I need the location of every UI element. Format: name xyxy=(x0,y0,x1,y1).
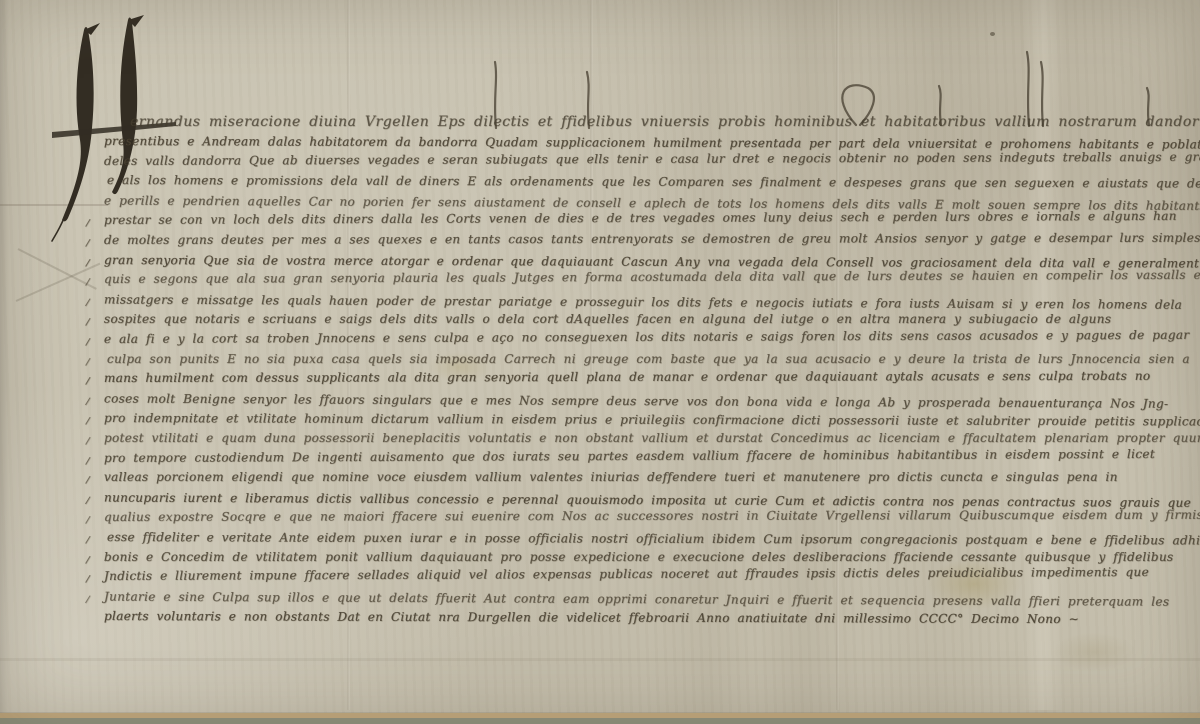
text-line-content: quis e segons que ala sua gran senyoria … xyxy=(104,268,1200,286)
text-line: Jndictis e lliurement impune ffacere sel… xyxy=(104,565,1200,589)
text-line-content: culpa son punits E no sia puxa casa quel… xyxy=(107,352,1190,366)
text-line-content: Jndictis e lliurement impune ffacere sel… xyxy=(104,565,1149,583)
text-line-content: prestar se con vn loch dels dits diners … xyxy=(104,209,1177,227)
text-line: qualius expostre Socqre e que ne maiori … xyxy=(104,508,1200,530)
text-line: quis e segons que ala sua gran senyoria … xyxy=(104,268,1200,292)
text-line-content: de moltes grans deutes per mes a ses que… xyxy=(104,230,1200,246)
text-line-content: nuncuparis iurent e liberamus dictis val… xyxy=(104,491,1191,510)
parchment-bottom-edge xyxy=(0,712,1200,724)
text-line: plaerts voluntaris e non obstants Dat en… xyxy=(104,609,1200,632)
text-line-content: missatgers e missatge les quals hauen po… xyxy=(104,293,1182,312)
text-line-content: Juntarie e sine Culpa sup illos e que ut… xyxy=(104,590,1169,609)
text-line-content: bonis e Concedim de vtilitatem ponit val… xyxy=(104,550,1174,564)
text-line-content: mans humilment com dessus supplicants al… xyxy=(104,369,1151,385)
text-line: e ala fi e y la cort sa troben Jnnocens … xyxy=(104,328,1200,352)
text-line: e als los homens e promissions dela vall… xyxy=(104,173,1200,196)
manuscript-photo: Ff ernandus miseracione diuina Vrgellen … xyxy=(0,0,1200,724)
text-line-content: valleas porcionem eligendi que nomine vo… xyxy=(104,470,1118,484)
fold-crease-horizontal xyxy=(0,658,1200,661)
text-line-content: e als los homens e promissions dela vall… xyxy=(107,173,1200,191)
text-line: ernandus miseracione diuina Vrgellen Eps… xyxy=(104,114,1200,134)
text-line: prestar se con vn loch dels dits diners … xyxy=(104,209,1200,233)
text-line: valleas porcionem eligendi que nomine vo… xyxy=(104,470,1200,490)
text-line-content: pro indempnitate et vtilitate hominum di… xyxy=(104,411,1200,429)
text-line: deles valls dandorra Que ab diuerses veg… xyxy=(104,149,1200,173)
text-line-content: esse ffideliter e veritate Ante eidem pu… xyxy=(107,530,1200,548)
text-line-content: ernandus miseracione diuina Vrgellen Eps… xyxy=(130,114,1200,130)
ink-speck xyxy=(990,32,995,36)
text-line-content: qualius expostre Socqre e que ne maiori … xyxy=(104,508,1200,524)
manuscript-text: ernandus miseracione diuina Vrgellen Eps… xyxy=(104,114,1200,629)
text-line: mans humilment com dessus supplicants al… xyxy=(104,369,1200,391)
text-line: de moltes grans deutes per mes a ses que… xyxy=(104,230,1200,252)
text-line-content: sospites que notaris e scriuans e saigs … xyxy=(104,312,1111,326)
text-line-content: plaerts voluntaris e non obstants Dat en… xyxy=(104,609,1079,626)
text-line: pro tempore custodiendum De ingenti auis… xyxy=(104,446,1200,470)
text-line-content: coses molt Benigne senyor les ffauors si… xyxy=(104,392,1169,411)
text-line-content: potest vtilitati e quam duna possessorii… xyxy=(104,431,1200,445)
